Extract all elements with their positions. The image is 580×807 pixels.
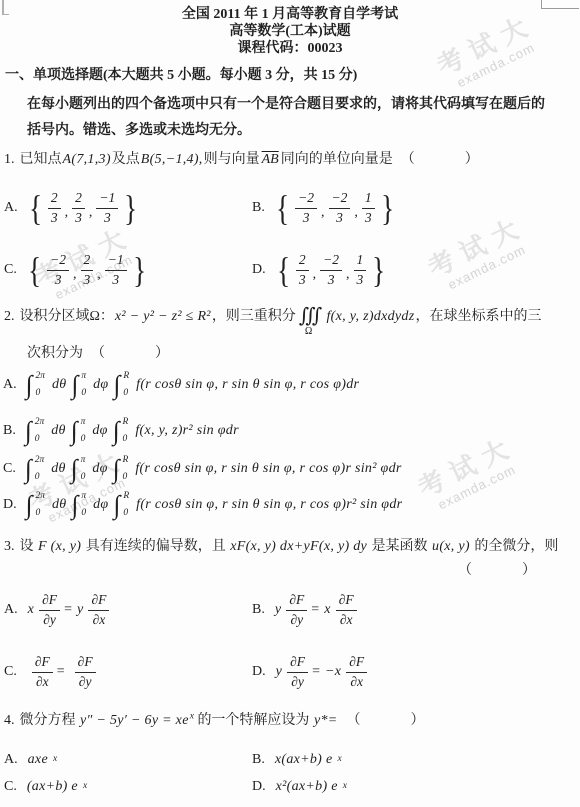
fraction: −23 [47, 253, 69, 286]
integral-sign: ∫ [25, 456, 32, 482]
partial-derivative-fraction: ∂F∂y [287, 655, 308, 688]
integral-sign: ∫ [71, 492, 78, 518]
integral-limits: 2π0 [35, 372, 45, 399]
integral-limits: π0 [81, 492, 86, 519]
integral-sign: ∫ [71, 418, 78, 444]
integral-sign: ∫ [26, 492, 33, 518]
triple-integral: ∭Ω [296, 306, 326, 328]
q3-answer-parens: （ ） [450, 562, 538, 580]
q1-option-b: B. { −23 , −23 , 13 } [252, 184, 396, 232]
watermark-brand-text: 考试大 [414, 431, 521, 503]
watermark: 考试大 examda.com [424, 211, 538, 297]
section1-instructions-line2: 括号内。错选、多选或未选均无分。 [27, 122, 251, 140]
integral-limits: 2π0 [35, 492, 45, 519]
integral-limits: 2π0 [35, 418, 45, 445]
section1-heading: 一、单项选择题(本大题共 5 小题。每小题 3 分，共 15 分) [5, 67, 357, 85]
exponent: x [53, 755, 57, 765]
integral-sign: ∫ [25, 418, 32, 444]
q2-option-a: A. ∫2π0 dθ ∫π0 dφ ∫R0 f(r cosθ sin φ, r … [3, 370, 360, 400]
q3-option-d: D. y ∂F∂y = −x ∂F∂x [252, 650, 367, 694]
q1-number: 1. [4, 152, 15, 167]
exam-title-line2: 高等数学(工本)试题 [0, 23, 580, 41]
fraction: −23 [295, 191, 317, 224]
fraction: 23 [81, 253, 94, 286]
q1-option-c: C. { −23 , 23 , −13 } [4, 246, 148, 294]
partial-derivative-fraction: ∂F∂x [336, 593, 357, 626]
partial-derivative-fraction: ∂F∂x [346, 655, 367, 688]
integral-sign: ∫ [71, 372, 78, 398]
integral-sign: ∫ [113, 372, 120, 398]
watermark-url-text: examda.com [426, 457, 527, 517]
q3-option-b: B. y ∂F∂y = x ∂F∂x [252, 588, 357, 632]
q4-option-d: D. x²(ax+b) ex [252, 777, 347, 797]
exponent: x [337, 755, 341, 765]
section1-instructions-line1: 在每小题列出的四个备选项中只有一个是符合题目要求的，请将其代码填写在题后的 [27, 96, 545, 114]
integral-sign: ∫ [113, 456, 120, 482]
q1-option-d: D. { 23 , −23 , 13 } [252, 246, 388, 294]
q2-option-b: B. ∫2π0 dθ ∫π0 dφ ∫R0 f(x, y, z)r² sin φ… [3, 416, 240, 446]
q2-option-d: D. ∫2π0 dθ ∫π0 dφ ∫R0 f(r cosθ sin φ, r … [3, 490, 403, 520]
q4-number: 4. [4, 713, 15, 728]
integral-limits: R0 [123, 456, 129, 483]
q4-option-a: A. axex [4, 750, 57, 770]
partial-derivative-fraction: ∂F∂y [39, 593, 60, 626]
integral-sign: ∫ [113, 492, 120, 518]
partial-derivative-fraction: ∂F∂y [286, 593, 307, 626]
vector-ab-overline: AB [262, 152, 279, 167]
q2-option-c: C. ∫2π0 dθ ∫π0 dφ ∫R0 f(r cosθ sin φ, r … [3, 454, 403, 484]
q3-stem: 3.设 F (x, y) 具有连续的偏导数，且 xF(x, y) dx+yF(x… [4, 538, 558, 556]
fraction: −13 [105, 253, 127, 286]
q2-stem-line2: 次积分为（ ） [27, 345, 171, 363]
fraction: −23 [329, 191, 351, 224]
integral-limits: π0 [81, 456, 86, 483]
q4-option-b: B. x(ax+b) ex [252, 750, 342, 770]
exponent: x [83, 782, 87, 792]
fraction: 13 [362, 191, 375, 224]
partial-derivative-fraction: ∂F∂x [32, 655, 53, 688]
q1-option-a: A. { 23 , 23 , −13 } [4, 184, 140, 232]
q4-option-c: C. (ax+b) ex [4, 777, 87, 797]
exam-paper-page: 考试大 examda.com 考试大 examda.com 考试大 examda… [0, 0, 580, 807]
integral-limits: π0 [81, 418, 86, 445]
watermark-url-text: examda.com [436, 237, 537, 297]
fraction: 23 [296, 253, 309, 286]
integral-domain-omega: Ω [305, 325, 312, 338]
exponent: x [343, 782, 347, 792]
integral-limits: R0 [123, 418, 129, 445]
watermark: 考试大 examda.com [414, 431, 528, 517]
fraction: −23 [320, 253, 342, 286]
course-code: 课程代码：00023 [0, 40, 580, 58]
partial-derivative-fraction: ∂F∂y [75, 655, 96, 688]
integral-sign: ∫ [26, 372, 33, 398]
q3-option-a: A. x ∂F∂y = y ∂F∂x [4, 588, 109, 632]
answer-blank-parens: （ ） [458, 563, 538, 578]
integral-limits: R0 [123, 492, 129, 519]
fraction: −13 [96, 191, 118, 224]
answer-blank-parens: （ ） [401, 152, 481, 167]
answer-blank-parens: （ ） [91, 346, 171, 361]
omega-region-label: Ω： [90, 308, 114, 326]
integral-limits: π0 [81, 372, 86, 399]
integral-sign: ∫ [113, 418, 120, 444]
integral-sign: ∫ [71, 456, 78, 482]
exam-title-line1: 全国 2011 年 1 月高等教育自学考试 [0, 6, 580, 24]
q2-number: 2. [4, 308, 15, 326]
answer-blank-parens: （ ） [347, 713, 427, 728]
integral-limits: R0 [123, 372, 129, 399]
q3-number: 3. [4, 539, 15, 554]
partial-derivative-fraction: ∂F∂x [88, 593, 109, 626]
q2-stem: 2.设积分区域Ω：x² − y² − z² ≤ R²，则三重积分 ∭Ω f(x,… [4, 299, 541, 335]
q4-stem: 4.微分方程 y″ − 5y′ − 6y = xex 的一个特解应设为 y*=（… [4, 712, 427, 730]
watermark-brand-text: 考试大 [424, 211, 531, 283]
fraction: 23 [72, 191, 85, 224]
q3-option-c: C. ∂F∂x = ∂F∂y [4, 650, 96, 694]
fraction: 23 [48, 191, 61, 224]
fraction: 13 [354, 253, 367, 286]
integral-limits: 2π0 [35, 456, 45, 483]
q1-stem: 1.已知点A(7,1,3)及点B(5,−1,4),则与向量AB同向的单位向量是（… [4, 151, 481, 169]
